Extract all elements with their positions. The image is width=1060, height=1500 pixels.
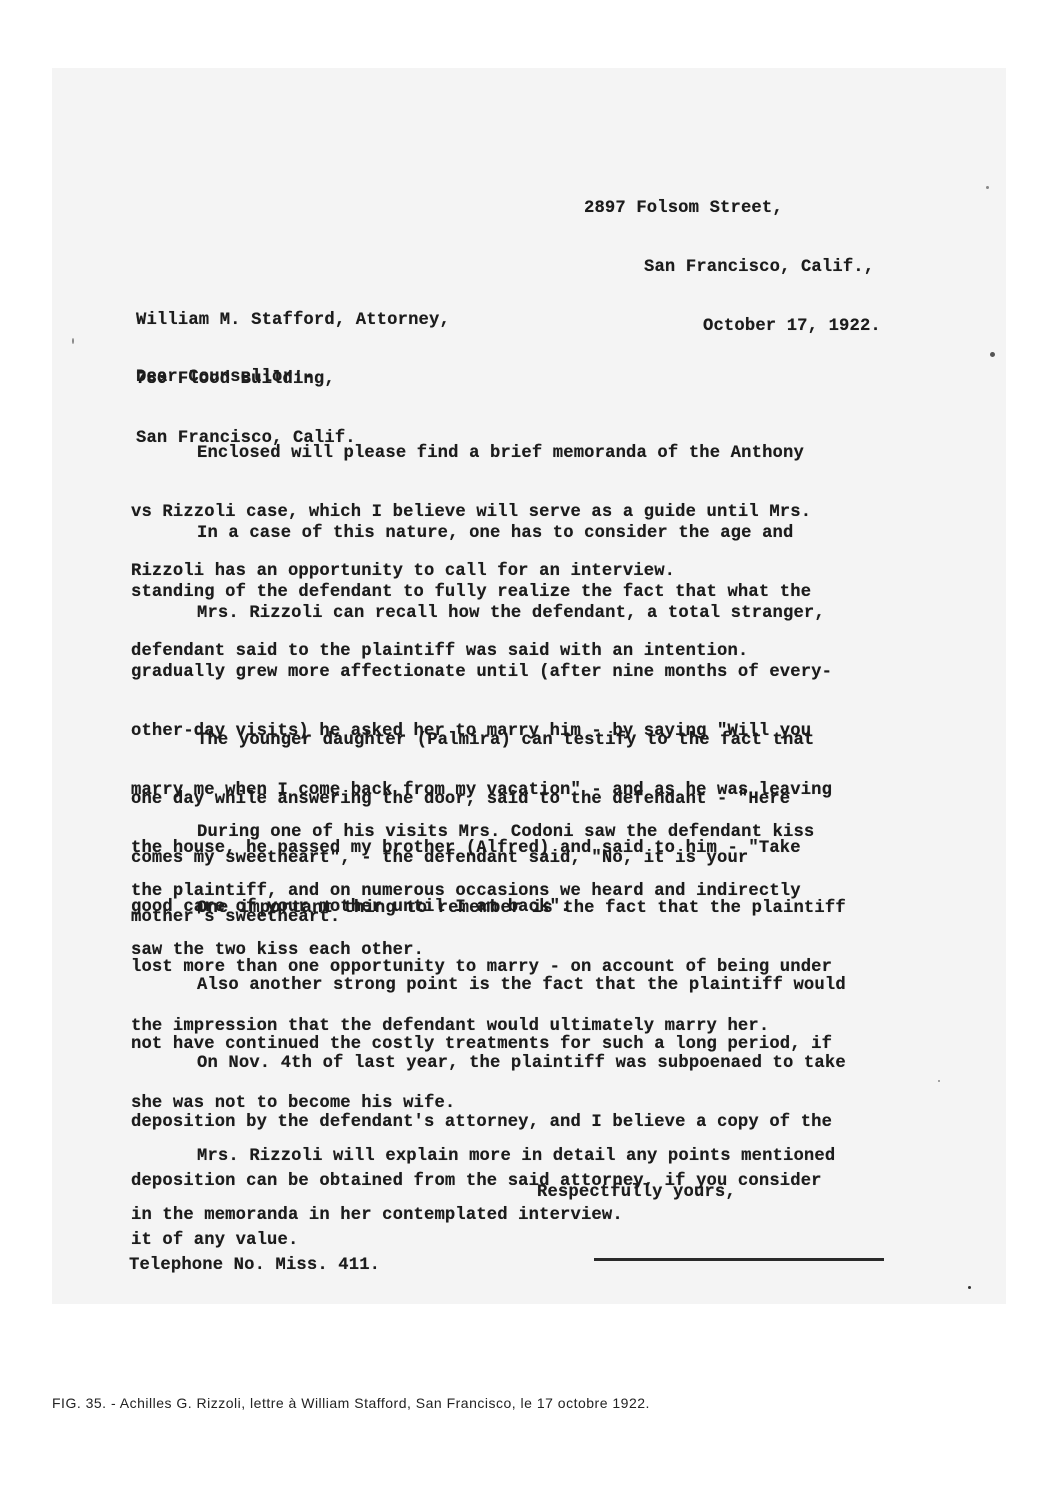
paragraph-line: One important thing to remember is the f… (131, 899, 931, 919)
salutation: Dear Counsellor:- (136, 368, 314, 388)
telephone-number: Telephone No. Miss. 411. (129, 1256, 380, 1276)
closing: Respectfully yours, (537, 1183, 736, 1203)
sender-city: San Francisco, Calif., (584, 258, 881, 278)
paper-speckle (72, 338, 74, 344)
paper-speckle (938, 1080, 940, 1082)
letter-date: October 17, 1922. (584, 317, 881, 337)
figure-caption: FIG. 35. - Achilles G. Rizzoli, lettre à… (52, 1395, 650, 1411)
paper-speckle (990, 352, 995, 357)
paragraph-line: in the memoranda in her contemplated int… (131, 1206, 931, 1226)
paper-speckle (986, 186, 989, 189)
paper-speckle (968, 1286, 971, 1289)
recipient-name: William M. Stafford, Attorney, (136, 311, 450, 331)
paragraph: Mrs. Rizzoli will explain more in detail… (131, 1108, 931, 1245)
sender-address: 2897 Folsom Street, San Francisco, Calif… (584, 160, 881, 356)
paragraph-line: During one of his visits Mrs. Codoni saw… (131, 823, 931, 843)
paragraph-line: The younger daughter (Palmira) can testi… (131, 731, 931, 751)
paragraph-line: Also another strong point is the fact th… (131, 976, 931, 996)
sender-street: 2897 Folsom Street, (584, 199, 881, 219)
paragraph-line: Mrs. Rizzoli can recall how the defendan… (131, 604, 931, 624)
paragraph-line: In a case of this nature, one has to con… (131, 524, 931, 544)
signature-line (594, 1258, 884, 1261)
paragraph-line: On Nov. 4th of last year, the plaintiff … (131, 1054, 931, 1074)
paragraph-line: Mrs. Rizzoli will explain more in detail… (131, 1147, 931, 1167)
paragraph-line: gradually grew more affectionate until (… (131, 663, 931, 683)
paragraph-line: Enclosed will please find a brief memora… (131, 444, 931, 464)
